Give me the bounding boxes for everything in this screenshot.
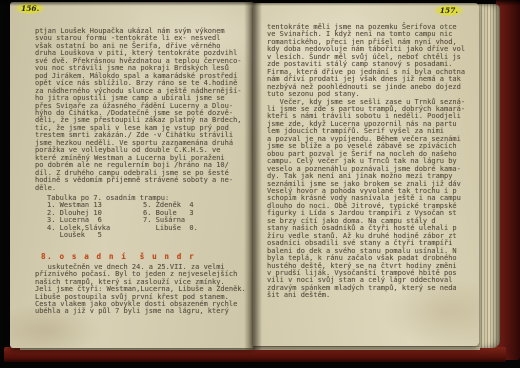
chapter-heading-red: 8. o s a d n í š u n d r (41, 252, 247, 261)
standings-table-right-column: 5. Zdeněk 4 6. Boule 3 7. Sušárna Libuše… (143, 202, 198, 239)
right-page: 157. tentokráte měli jsme na pozemku Šer… (253, 3, 479, 346)
standings-table-left-column: 1. Westman 13 2. Dlouhej 10 3. Lucerna 6… (47, 202, 143, 239)
right-page-content: tentokráte měli jsme na pozemku Šerifova… (267, 24, 475, 300)
page-number-left: 156. (14, 3, 46, 14)
left-paragraph-2: uskutečněn ve dnech 24. a 25.VII. za vel… (35, 264, 247, 316)
standings-table-columns: 1. Westman 13 2. Dlouhej 10 3. Lucerna 6… (47, 202, 247, 239)
left-page-content: ptjan Loušek Houpačka ukázal nám svým vý… (35, 28, 247, 316)
page-number-right: 157. (433, 5, 465, 16)
right-paragraph: tentokráte měli jsme na pozemku Šerifova… (267, 24, 475, 300)
book-spread: 156. ptjan Loušek Houpačka ukázal nám sv… (0, 0, 520, 368)
left-paragraph-1: ptjan Loušek Houpačka ukázal nám svým vý… (35, 28, 247, 192)
standings-table: Tabulka po 7. osadním trampu: 1. Westman… (35, 195, 247, 240)
left-page: 156. ptjan Loušek Houpačka ukázal nám sv… (10, 2, 253, 348)
photo-of-book-spread: { "book": { "left_page": { "page_number"… (0, 0, 520, 368)
